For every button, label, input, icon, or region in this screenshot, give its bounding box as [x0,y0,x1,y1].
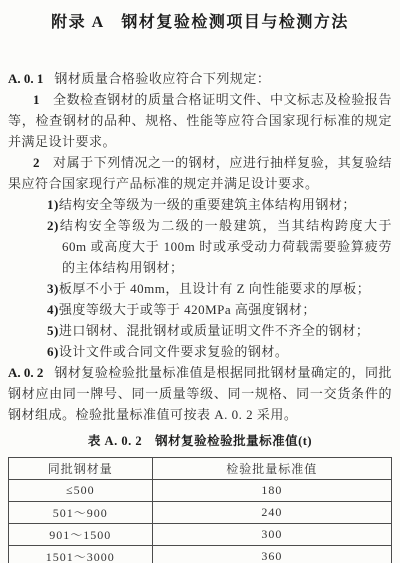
clause-a01-item-1: 1全数检查钢材的质量合格证明文件、中文标志及检验报告等，检查钢材的品种、规格、性… [8,89,392,152]
subitem-6-number: 6) [47,344,59,359]
table-row: 501～900 240 [9,502,392,524]
table-caption: 表 A. 0. 2 钢材复验检验批量标准值(t) [8,434,392,449]
item-1-number: 1 [33,92,40,107]
table-header-batch-quantity: 同批钢材量 [9,458,153,480]
clause-a01-number: A. 0. 1 [8,71,43,86]
item-2-number: 2 [33,155,40,170]
table-cell-quantity: 501～900 [9,502,153,524]
subitem-4: 4)强度等级大于或等于 420MPa 高强度钢材； [8,299,392,320]
subitem-5-number: 5) [47,323,59,338]
subitem-4-text: 强度等级大于或等于 420MPa 高强度钢材； [59,302,316,317]
subitem-2: 2)结构安全等级为二级的一般建筑，当其结构跨度大于 60m 或高度大于 100m… [8,215,392,278]
subitem-3-text: 板厚不小于 40mm，且设计有 Z 向性能要求的厚板； [59,281,370,296]
table-cell-value: 300 [152,524,391,546]
subitem-2-text: 结构安全等级为二级的一般建筑，当其结构跨度大于 60m 或高度大于 100m 时… [59,218,392,275]
batch-standard-table: 同批钢材量 检验批量标准值 ≤500 180 501～900 240 901～1… [8,457,392,563]
clause-a02: A. 0. 2钢材复验检验批量标准值是根据同批钢材量确定的，同批钢材应由同一牌号… [8,362,392,425]
subitem-5-text: 进口钢材、混批钢材或质量证明文件不齐全的钢材； [59,323,370,338]
subitem-1-number: 1) [47,197,59,212]
table-row: 901～1500 300 [9,524,392,546]
table-header-standard-value: 检验批量标准值 [152,458,391,480]
clause-a01: A. 0. 1钢材质量合格验收应符合下列规定： [8,68,392,89]
table-cell-quantity: 1501～3000 [9,546,153,563]
item-2-text: 对属于下列情况之一的钢材，应进行抽样复验，其复验结果应符合国家现行产品标准的规定… [8,155,392,191]
subitem-6-text: 设计文件或合同文件要求复验的钢材。 [59,344,289,359]
table-cell-quantity: ≤500 [9,480,153,502]
table-cell-value: 360 [152,546,391,563]
subitem-2-number: 2) [47,218,59,233]
table-cell-value: 240 [152,502,391,524]
subitem-3-number: 3) [47,281,59,296]
subitem-1: 1)结构安全等级为一级的重要建筑主体结构用钢材； [8,194,392,215]
clause-a02-text: 钢材复验检验批量标准值是根据同批钢材量确定的，同批钢材应由同一牌号、同一质量等级… [8,365,392,422]
clause-a01-intro: 钢材质量合格验收应符合下列规定： [54,71,270,86]
subitem-4-number: 4) [47,302,59,317]
document-page: 附录 A 钢材复验检测项目与检测方法 A. 0. 1钢材质量合格验收应符合下列规… [0,0,400,563]
subitem-3: 3)板厚不小于 40mm，且设计有 Z 向性能要求的厚板； [8,278,392,299]
clause-a02-number: A. 0. 2 [8,365,43,380]
subitem-1-text: 结构安全等级为一级的重要建筑主体结构用钢材； [59,197,356,212]
table-row: 1501～3000 360 [9,546,392,563]
table-cell-value: 180 [152,480,391,502]
item-1-text: 全数检查钢材的质量合格证明文件、中文标志及检验报告等，检查钢材的品种、规格、性能… [8,92,392,149]
clause-a01-item-2: 2对属于下列情况之一的钢材，应进行抽样复验，其复验结果应符合国家现行产品标准的规… [8,152,392,194]
table-cell-quantity: 901～1500 [9,524,153,546]
table-row: ≤500 180 [9,480,392,502]
page-title: 附录 A 钢材复验检测项目与检测方法 [8,9,392,32]
subitem-6: 6)设计文件或合同文件要求复验的钢材。 [8,341,392,362]
table-header-row: 同批钢材量 检验批量标准值 [9,458,392,480]
subitem-5: 5)进口钢材、混批钢材或质量证明文件不齐全的钢材； [8,320,392,341]
